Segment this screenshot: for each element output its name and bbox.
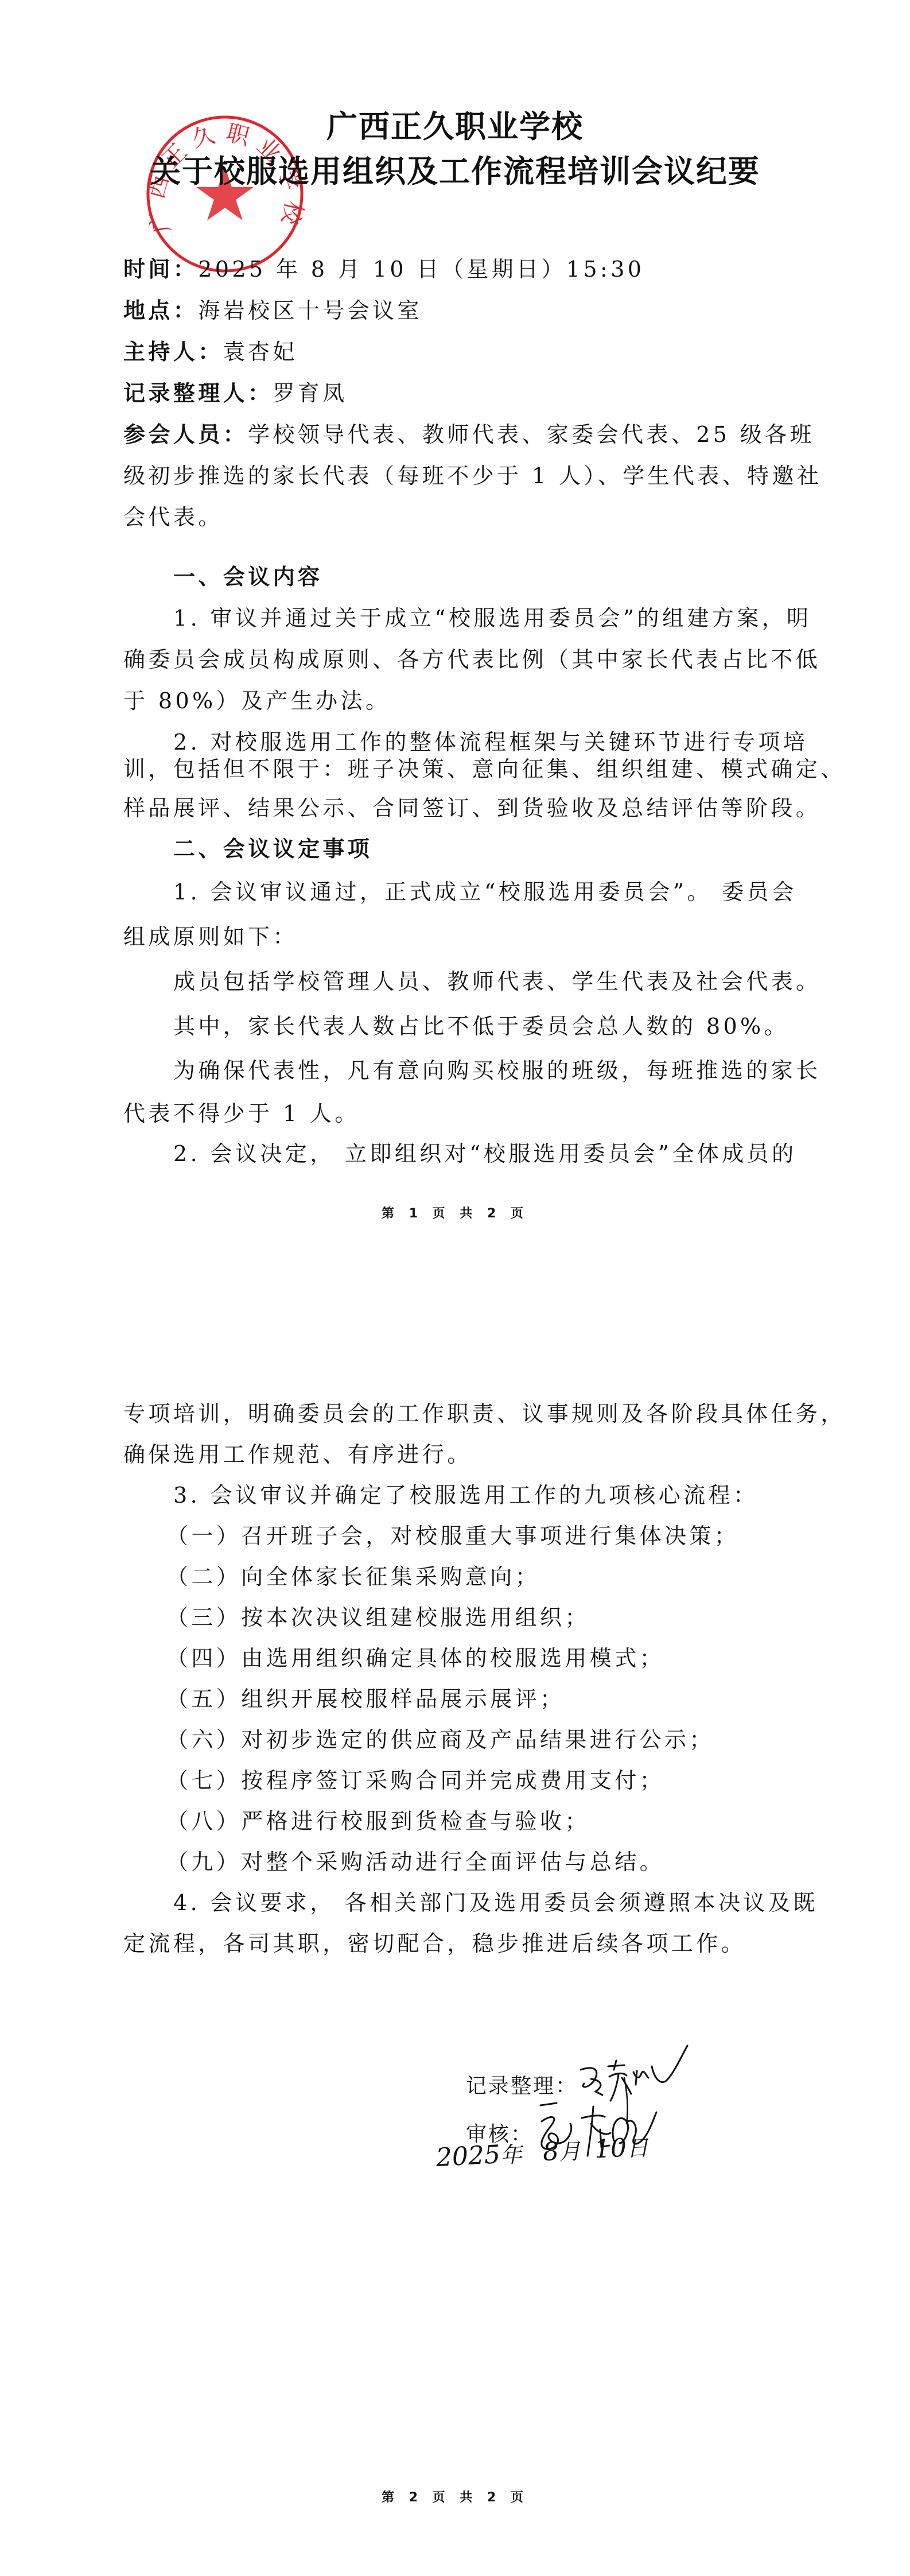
signoff-recorder-label: 记录整理：	[466, 2072, 578, 2101]
process-step-6: （六）对初步选定的供应商及产品结果进行公示；	[166, 1722, 791, 1757]
page-1: 广西正久职业学校 广西正久职业学校 关于校服选用组织及工作流程培训会议纪要 时间…	[0, 0, 910, 1286]
meeting-host: 主持人：袁杏妃	[123, 335, 798, 369]
process-step-5: （五）组织开展校服样品展示展评；	[166, 1682, 791, 1716]
meeting-time: 时间：2025 年 8 月 10 日（星期日）15:30	[123, 252, 798, 286]
content-item-2-line-2: 训，包括但不限于：班子决策、意向征集、组织组建、模式确定、	[123, 752, 798, 786]
content-item-1-line-3: 于 80%）及产生办法。	[123, 684, 798, 718]
date-year-unit: 年	[500, 2142, 523, 2168]
host-label: 主持人：	[123, 339, 223, 364]
principle-2: 其中，家长代表人数占比不低于委员会总人数的 80%。	[173, 1009, 798, 1043]
process-step-4: （四）由选用组织确定具体的校服选用模式；	[166, 1641, 791, 1675]
document-title-line2: 关于校服选用组织及工作流程培训会议纪要	[0, 151, 910, 191]
meeting-location: 地点：海岩校区十号会议室	[123, 293, 798, 328]
location-label: 地点：	[123, 298, 198, 323]
date-year: 2025	[435, 2140, 501, 2172]
principle-3-line-2: 代表不得少于 1 人。	[123, 1096, 798, 1131]
content-item-2-line-3: 样品展评、结果公示、合同签订、到货验收及总结评估等阶段。	[123, 791, 798, 825]
date-month: 8	[542, 2137, 560, 2167]
process-step-8: （八）严格进行校服到货检查与验收；	[166, 1804, 791, 1838]
content-item-1-line-1: 1. 审议并通过关于成立“校服选用委员会”的组建方案，明	[173, 601, 798, 635]
resolution-3-intro: 3. 会议审议并确定了校服选用工作的九项核心流程：	[173, 1478, 798, 1512]
resolution-2-line-2: 专项培训，明确委员会的工作职责、议事规则及各阶段具体任务，	[123, 1396, 798, 1431]
host-value: 袁杏妃	[223, 339, 298, 364]
time-value: 2025 年 8 月 10 日（星期日）15:30	[198, 257, 644, 282]
meeting-attendees: 参会人员：学校领导代表、教师代表、家委会代表、25 级各班	[123, 417, 798, 452]
section-heading-content: 一、会议内容	[173, 560, 798, 594]
attendees-line-3: 会代表。	[123, 500, 798, 534]
resolution-1-line-2: 组成原则如下：	[123, 920, 798, 954]
resolution-4-line-1: 4. 会议要求， 各相关部门及选用委员会须遵照本决议及既	[173, 1886, 798, 1920]
resolution-2-line-3: 确保选用工作规范、有序进行。	[123, 1437, 798, 1472]
document-title-line1: 广西正久职业学校	[0, 106, 910, 146]
section-heading-resolutions: 二、会议议定事项	[173, 832, 798, 866]
recorder-value: 罗育凤	[273, 381, 347, 406]
process-step-3: （三）按本次决议组建校服选用组织；	[166, 1600, 791, 1635]
attendees-label: 参会人员：	[123, 422, 248, 447]
page-footer-1: 第 1 页 共 2 页	[0, 1205, 910, 1223]
process-step-9: （九）对整个采购活动进行全面评估与总结。	[166, 1845, 791, 1879]
resolution-2-line-1: 2. 会议决定， 立即组织对“校服选用委员会”全体成员的	[173, 1136, 798, 1171]
process-step-1: （一）召开班子会，对校服重大事项进行集体决策；	[166, 1519, 791, 1553]
recorder-label: 记录整理人：	[123, 381, 273, 406]
attendees-value: 学校领导代表、教师代表、家委会代表、25 级各班	[248, 422, 815, 447]
content-item-1-line-2: 确委员会成员构成原则、各方代表比例（其中家长代表占比不低	[123, 642, 798, 677]
time-label: 时间：	[123, 257, 198, 282]
location-value: 海岩校区十号会议室	[198, 298, 422, 323]
date-day: 10	[594, 2133, 628, 2164]
principle-1: 成员包括学校管理人员、教师代表、学生代表及社会代表。	[173, 964, 798, 999]
page-footer-2: 第 2 页 共 2 页	[0, 2489, 910, 2507]
resolution-1-line-1: 1. 会议审议通过，正式成立“校服选用委员会”。 委员会	[173, 875, 798, 909]
meeting-recorder: 记录整理人：罗育凤	[123, 376, 798, 410]
process-step-7: （七）按程序签订采购合同并完成费用支付；	[166, 1763, 791, 1798]
process-step-2: （二）向全体家长征集采购意向；	[166, 1559, 791, 1594]
attendees-line-2: 级初步推选的家长代表（每班不少于 1 人）、学生代表、特邀社	[123, 459, 798, 493]
date-day-unit: 日	[626, 2135, 649, 2162]
principle-3-line-1: 为确保代表性，凡有意向购买校服的班级，每班推选的家长	[173, 1053, 798, 1088]
date-month-unit: 月	[558, 2139, 581, 2165]
resolution-4-line-2: 定流程，各司其职，密切配合，稳步推进后续各项工作。	[123, 1926, 798, 1961]
